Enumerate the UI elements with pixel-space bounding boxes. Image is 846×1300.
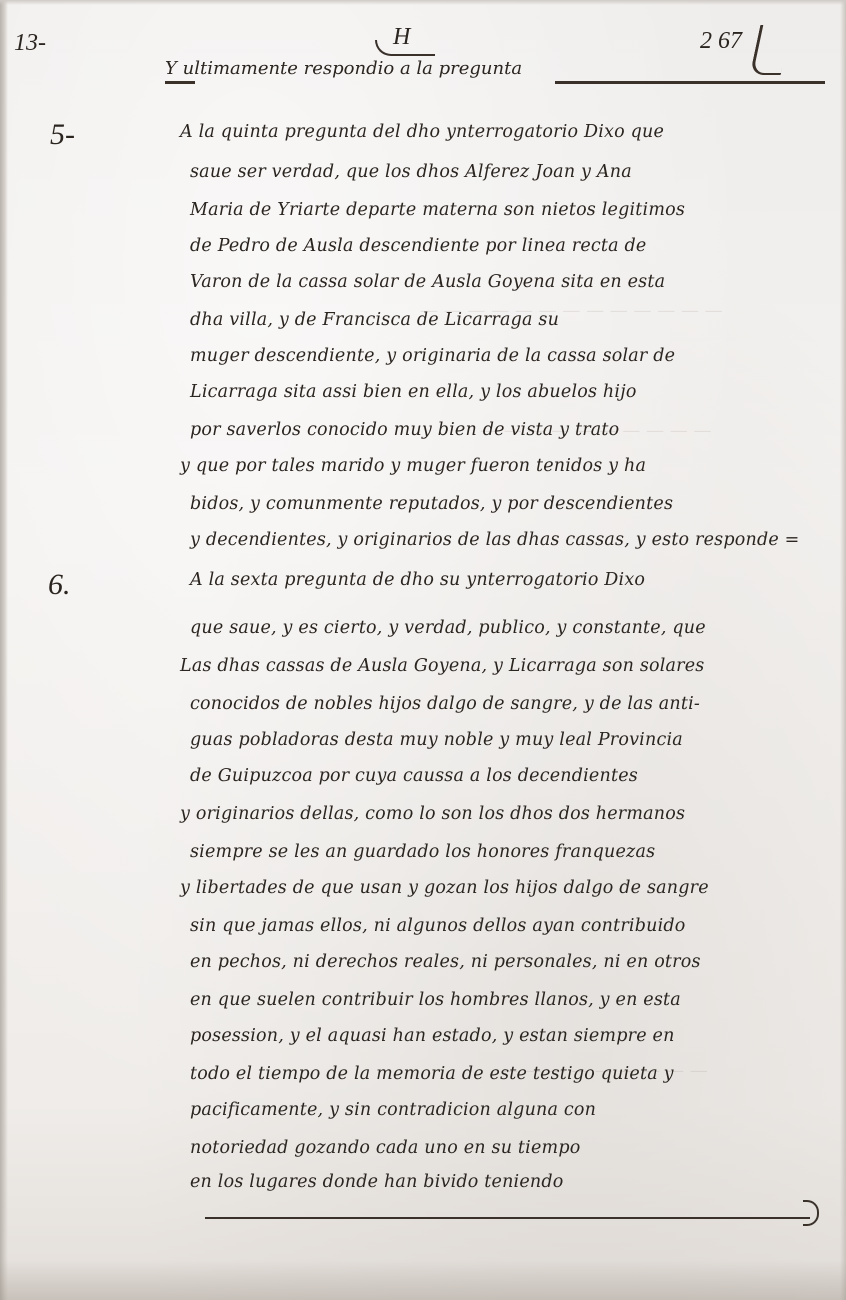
manuscript-page: — — — — — — — — — — — — — — — — — — — — …	[0, 0, 846, 1300]
manuscript-line: A la quinta pregunta del dho ynterrogato…	[180, 122, 830, 142]
manuscript-line: y que por tales marido y muger fueron te…	[180, 456, 830, 476]
manuscript-line: A la sexta pregunta de dho su ynterrogat…	[190, 570, 840, 590]
rubric-flourish	[750, 25, 792, 75]
manuscript-line: dha villa, y de Francisca de Licarraga s…	[190, 310, 840, 330]
manuscript-line: Licarraga sita assi bien en ella, y los …	[190, 382, 840, 402]
folio-center-flourish	[375, 40, 435, 56]
manuscript-line: Varon de la cassa solar de Ausla Goyena …	[190, 272, 840, 292]
manuscript-line: y decendientes, y originarios de las dha…	[190, 530, 840, 550]
manuscript-line: posession, y el aquasi han estado, y est…	[190, 1026, 840, 1046]
manuscript-line: Maria de Yriarte departe materna son nie…	[190, 200, 840, 220]
question-number-5: 5-	[50, 118, 75, 152]
manuscript-line: sin que jamas ellos, ni algunos dellos a…	[190, 916, 840, 936]
manuscript-line: todo el tiempo de la memoria de este tes…	[190, 1064, 840, 1084]
manuscript-line: bidos, y comunmente reputados, y por des…	[190, 494, 840, 514]
folio-number-left: 13-	[14, 30, 46, 57]
heading-rule-right	[555, 81, 825, 84]
question-number-6: 6.	[48, 568, 71, 602]
manuscript-line: en los lugares donde han bivido teniendo	[190, 1172, 840, 1192]
manuscript-line: notoriedad gozando cada uno en su tiempo	[190, 1138, 840, 1158]
manuscript-line: por saverlos conocido muy bien de vista …	[190, 420, 840, 440]
manuscript-line: y libertades de que usan y gozan los hij…	[180, 878, 830, 898]
manuscript-line: conocidos de nobles hijos dalgo de sangr…	[190, 694, 840, 714]
manuscript-line: guas pobladoras desta muy noble y muy le…	[190, 730, 840, 750]
manuscript-line: pacificamente, y sin contradicion alguna…	[190, 1100, 840, 1120]
manuscript-line: Las dhas cassas de Ausla Goyena, y Licar…	[180, 656, 830, 676]
manuscript-line: y originarios dellas, como lo son los dh…	[180, 804, 830, 824]
manuscript-line: muger descendiente, y originaria de la c…	[190, 346, 840, 366]
manuscript-line: que saue, y es cierto, y verdad, publico…	[190, 618, 840, 638]
binding-edge	[0, 0, 8, 1300]
closing-flourish	[803, 1200, 819, 1226]
page-right-edge	[840, 0, 846, 1300]
manuscript-line: de Pedro de Ausla descendiente por linea…	[190, 236, 840, 256]
page-heading: Y ultimamente respondio a la pregunta	[165, 58, 522, 79]
manuscript-line: de Guipuzcoa por cuya caussa a los decen…	[190, 766, 840, 786]
manuscript-line: en que suelen contribuir los hombres lla…	[190, 990, 840, 1010]
manuscript-line: saue ser verdad, que los dhos Alferez Jo…	[190, 162, 840, 182]
heading-rule-left	[165, 81, 195, 84]
closing-line-rule	[205, 1217, 810, 1219]
manuscript-line: siempre se les an guardado los honores f…	[190, 842, 840, 862]
folio-number-right: 2 67	[700, 28, 742, 55]
page-top-edge	[0, 0, 846, 5]
manuscript-line: en pechos, ni derechos reales, ni person…	[190, 952, 840, 972]
page-bottom-stain	[0, 1260, 846, 1300]
